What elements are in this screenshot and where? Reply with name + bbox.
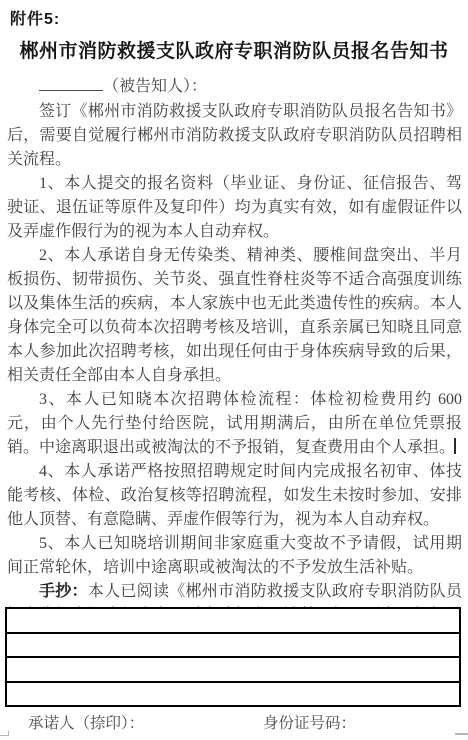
id-number-label: 身份证号码：: [263, 714, 356, 734]
clause-paragraph-1: 1、本人提交的报名资料（毕业证、身份证、征信报告、驾驶证、退伍证等原件及复印件）…: [7, 172, 462, 244]
page-margin-mark-bottom-left-vertical: [8, 731, 9, 736]
intro-paragraph: 签订《郴州市消防救援支队政府专职消防队员报名告知书》后，需要自觉履行郴州市消防救…: [7, 100, 462, 172]
handwriting-table: [5, 607, 461, 707]
handwriting-row-1[interactable]: [7, 609, 459, 632]
text-caret: [454, 438, 456, 454]
document-title: 郴州市消防救援支队政府专职消防队员报名告知书: [0, 36, 468, 63]
clause-paragraph-3: 3、本人已知晓本次招聘体检流程：体检初检费用约 600 元，由个人先行垫付给医院…: [7, 388, 462, 460]
handwriting-row-3[interactable]: [7, 656, 459, 681]
clause-paragraph-5: 5、本人已知晓培训期间非家庭重大变故不予请假，试用期间正常轮休，培训中途离职或被…: [7, 532, 462, 580]
notified-person-label: （被告知人）：: [103, 78, 207, 95]
clause-paragraph-2: 2、本人承诺自身无传染类、精神类、腰椎间盘突出、半月板损伤、韧带损伤、关节炎、强…: [7, 244, 462, 388]
signature-line: 承诺人（捺印）： 身份证号码：: [28, 714, 462, 734]
notified-person-line: （被告知人）：: [7, 73, 462, 100]
handwriting-row-4[interactable]: [7, 681, 459, 706]
document-body: （被告知人）： 签订《郴州市消防救援支队政府专职消防队员报名告知书》后，需要自觉…: [7, 73, 462, 652]
document-page: 附件5: 郴州市消防救援支队政府专职消防队员报名告知书 （被告知人）： 签订《郴…: [0, 0, 468, 740]
clause-paragraph-4: 4、本人承诺严格按照招聘规定时间内完成报名初审、体技能考核、体检、政治复核等招聘…: [7, 460, 462, 532]
handwriting-row-2[interactable]: [7, 632, 459, 657]
signer-label: 承诺人（捺印）：: [28, 715, 144, 732]
attachment-number-label: 附件5:: [10, 6, 60, 29]
notified-person-blank[interactable]: [39, 73, 103, 91]
handwrite-label: 手抄：: [39, 583, 88, 600]
page-margin-mark-bottom-right: [455, 733, 468, 735]
